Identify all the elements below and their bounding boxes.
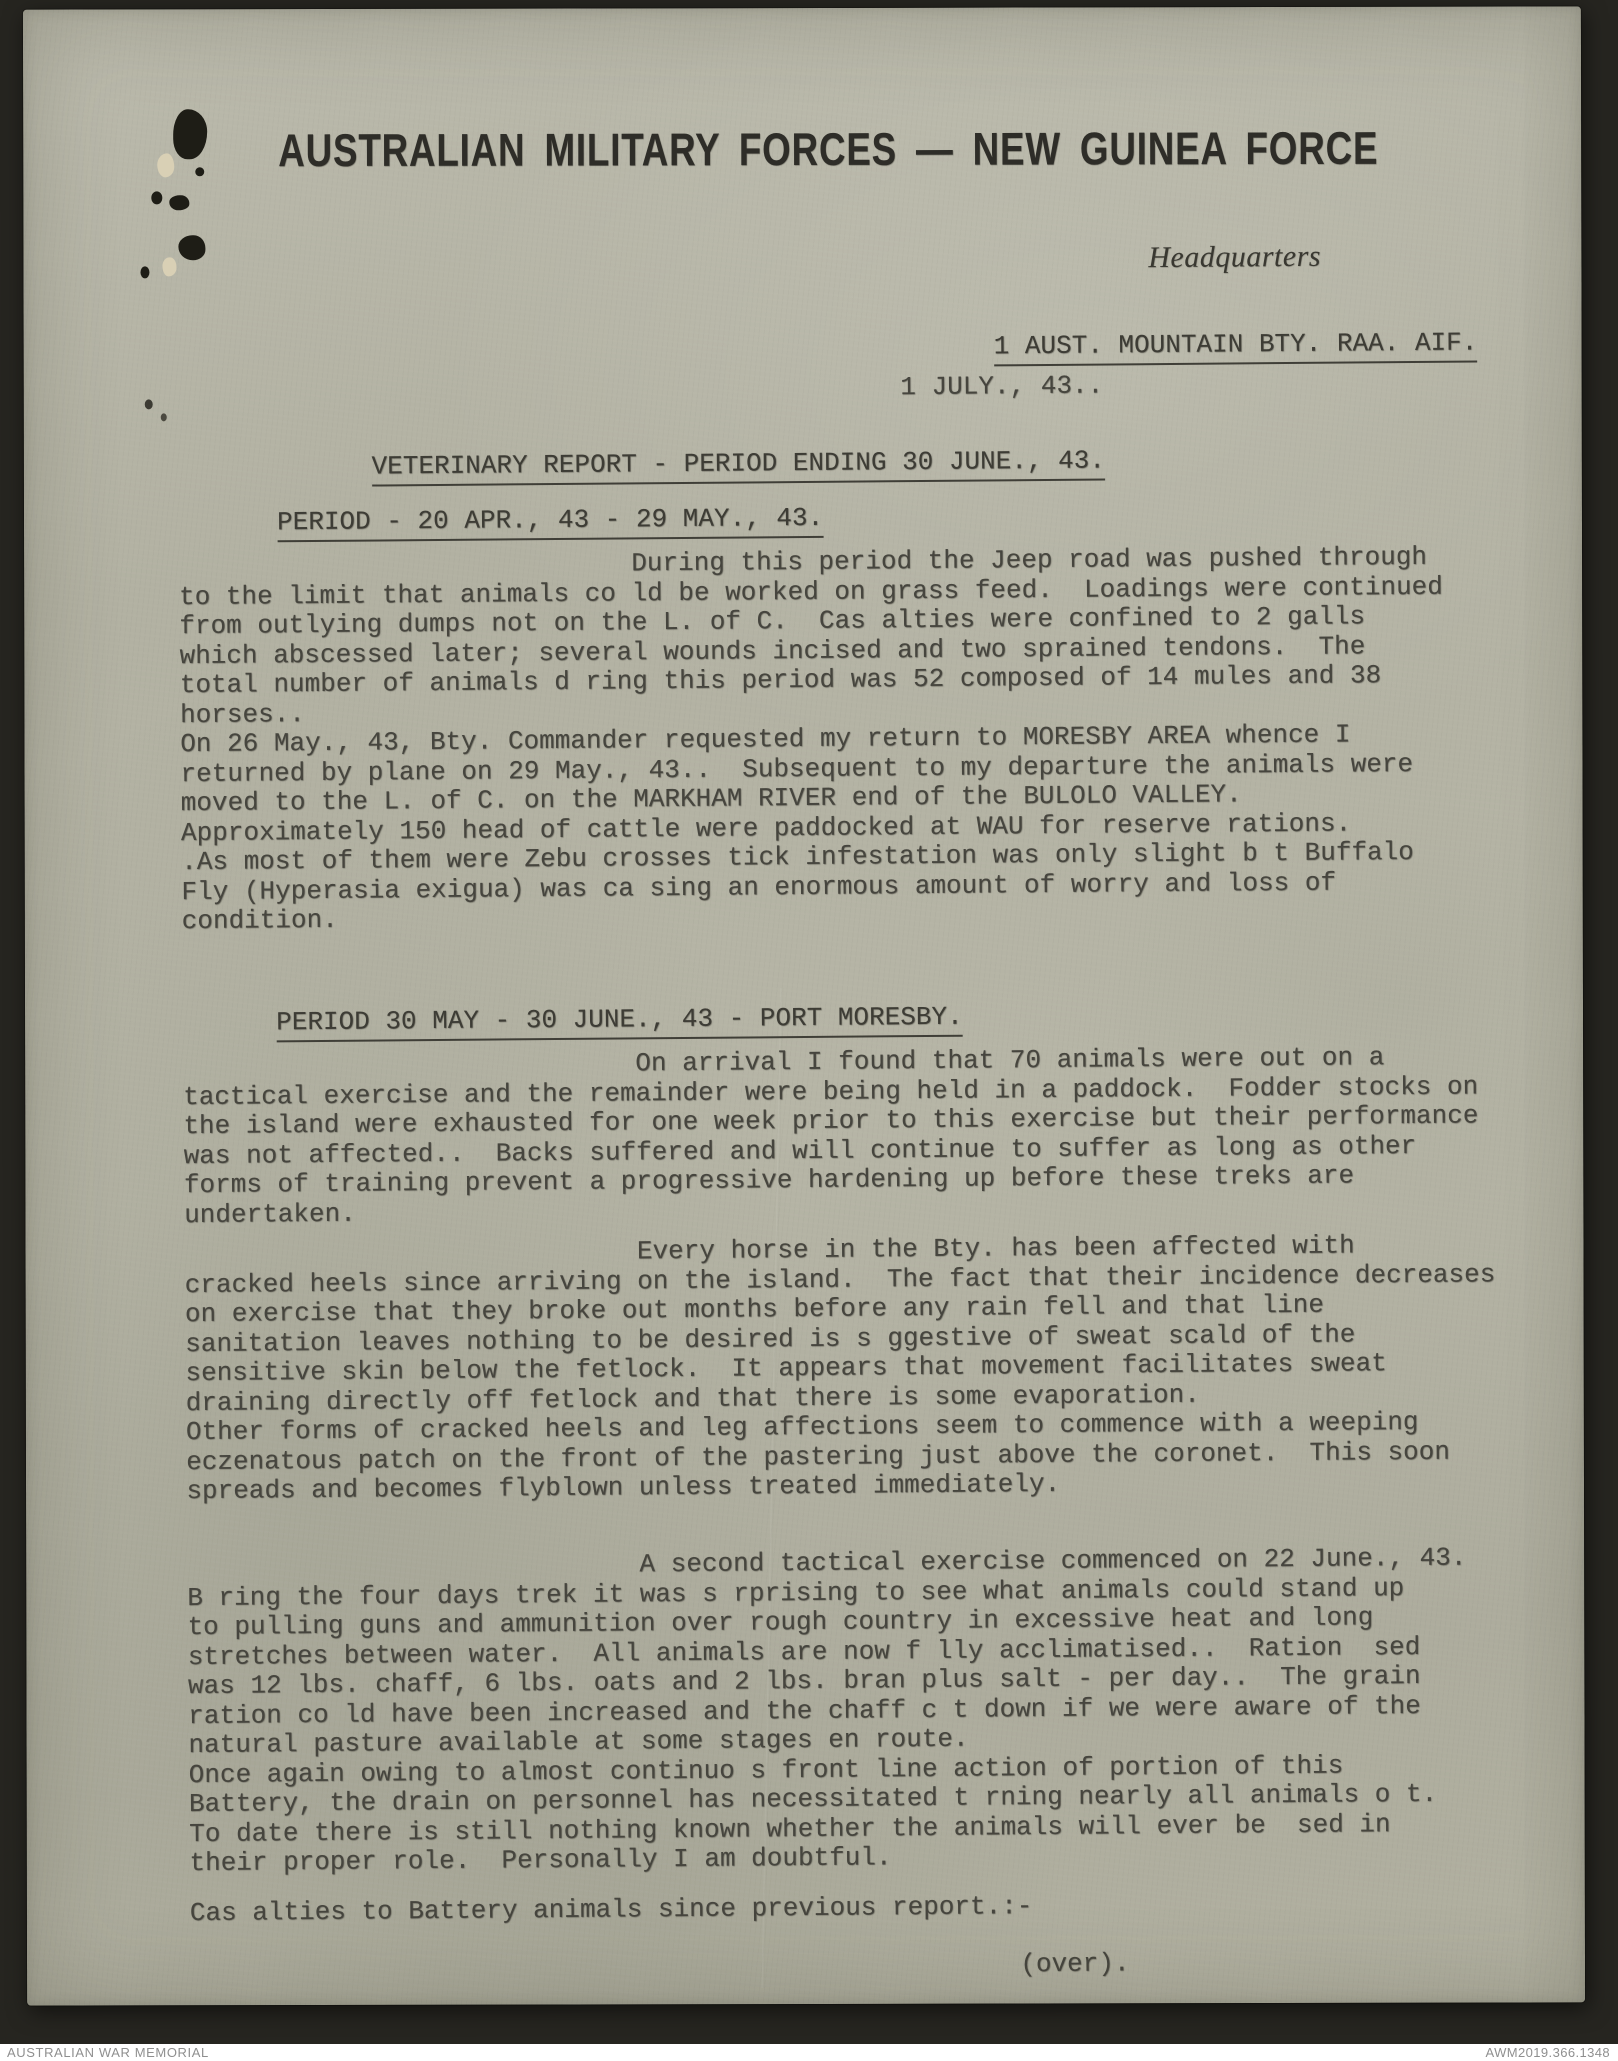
typed-content: Headquarters 1 AUST. MOUNTAIN BTY. RAA. …: [19, 2, 1593, 2011]
archive-footer-bar: AUSTRALIAN WAR MEMORIAL AWM2019.366.1348: [0, 2044, 1618, 2061]
body-paragraph-2: On 26 May., 43, Bty. Commander requested…: [180, 720, 1414, 937]
headquarters-label: Headquarters: [1148, 240, 1321, 275]
archive-reference: AWM2019.366.1348: [1486, 2045, 1610, 2060]
document-date: 1 JULY., 43..: [900, 372, 1103, 403]
body-paragraph-1: During this period the Jeep road was pus…: [179, 543, 1444, 730]
archive-name: AUSTRALIAN WAR MEMORIAL: [7, 2045, 209, 2060]
body-paragraph-5: A second tactical exercise commenced on …: [187, 1544, 1469, 1879]
unit-designation-text: 1 AUST. MOUNTAIN BTY. RAA. AIF.: [994, 327, 1478, 366]
over-note: (over).: [1020, 1949, 1129, 1979]
body-paragraph-4: Every horse in the Bty. has been affecte…: [184, 1230, 1497, 1506]
document-page: AUSTRALIAN MILITARY FORCES — NEW GUINEA …: [23, 6, 1585, 2005]
period-heading-1-text: PERIOD - 20 APR., 43 - 29 MAY., 43.: [277, 502, 823, 541]
body-paragraph-3: On arrival I found that 70 animals were …: [183, 1042, 1479, 1230]
period-heading-2-text: PERIOD 30 MAY - 30 JUNE., 43 - PORT MORE…: [276, 1001, 963, 1042]
casualties-intro-line: Cas alties to Battery animals since prev…: [190, 1892, 1033, 1928]
